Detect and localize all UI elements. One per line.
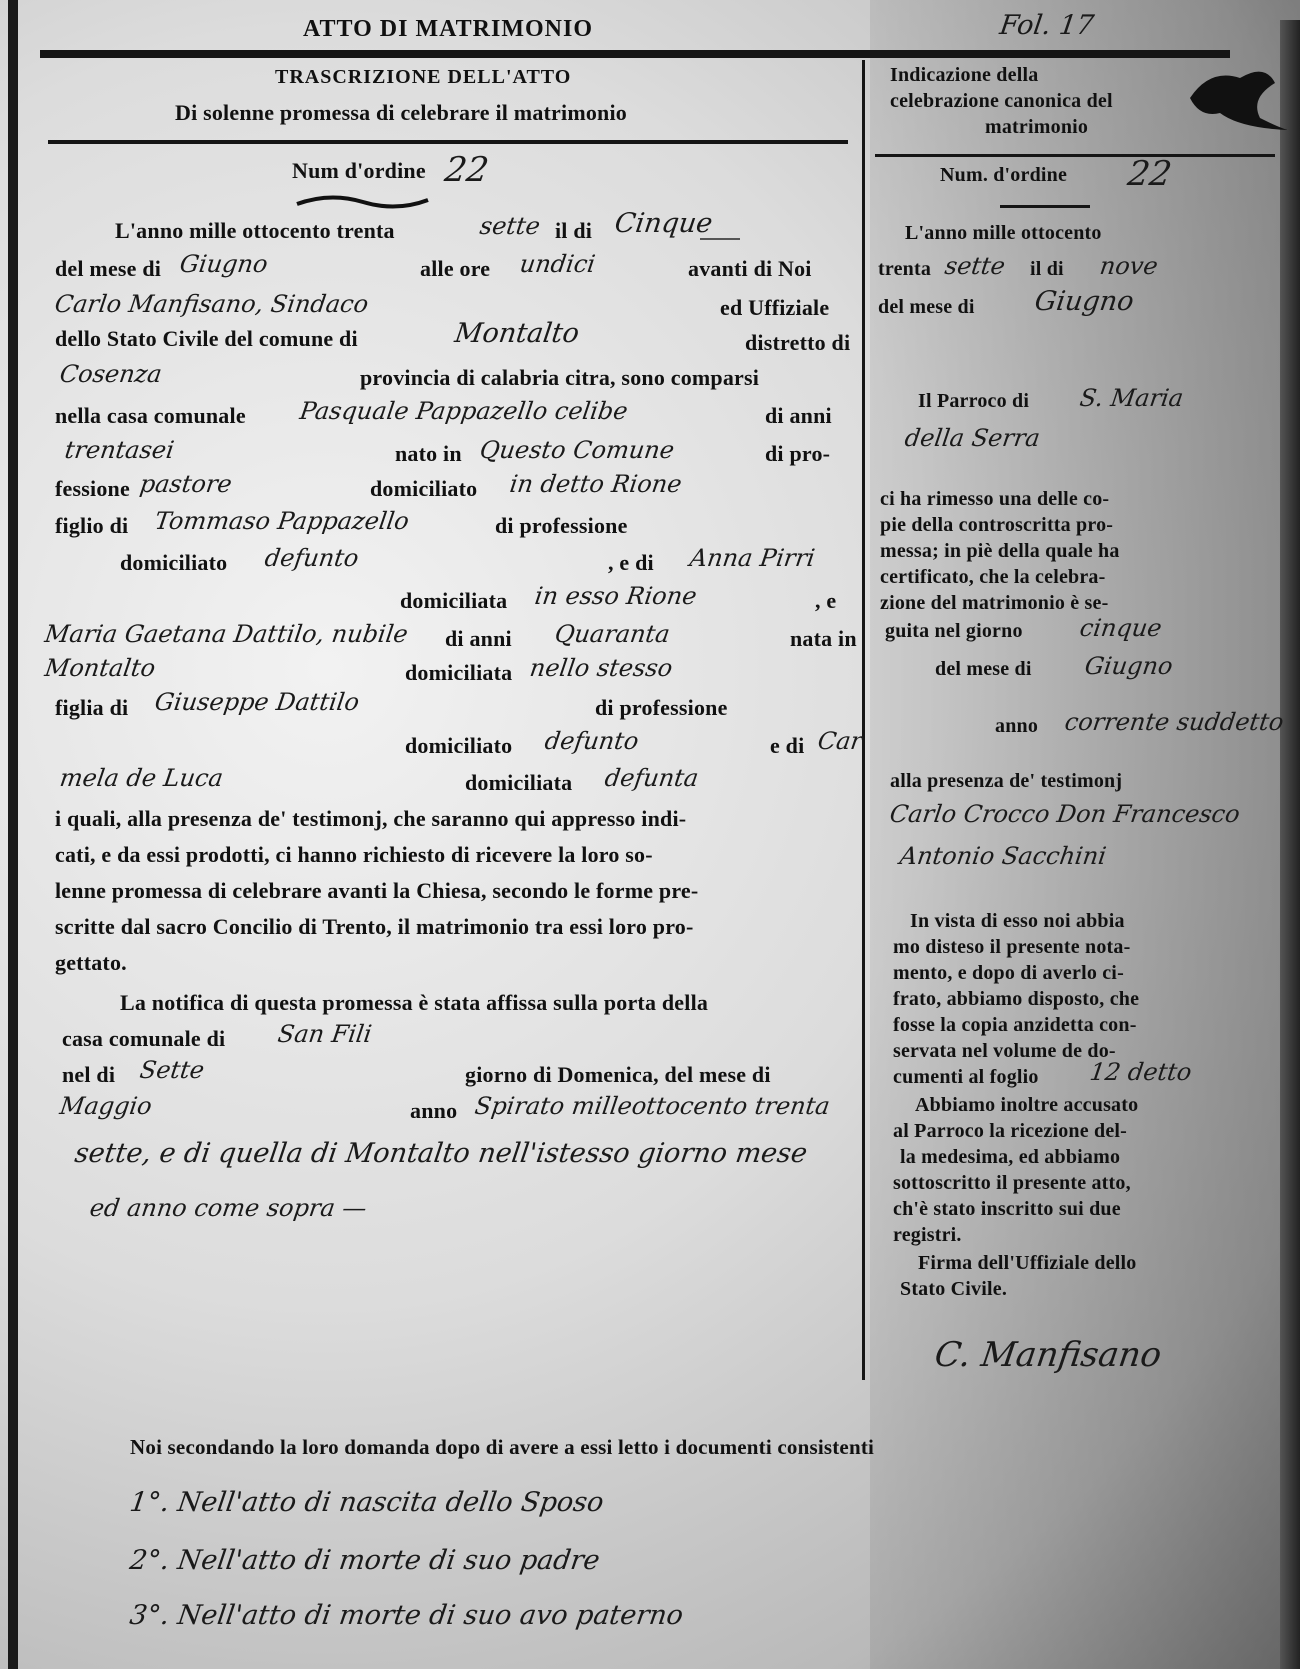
hand-celebration-month: Giugno [1033,286,1136,317]
signature-label: Stato Civile. [900,1278,1007,1301]
hand-hour: undici [518,250,597,278]
folio-label: Fol. 17 [998,10,1096,41]
hand-celebration-day: nove [1098,252,1160,280]
form-line-1: L'anno mille ottocento trenta [115,218,395,244]
document-title: ATTO DI MATRIMONIO [303,16,593,43]
body-line: scritte dal sacro Concilio di Trento, il… [55,914,694,940]
right-section-title: celebrazione canonica del [890,90,1113,113]
fill-dash [700,238,740,240]
section-title: TRASCRIZIONE DELL'ATTO [275,66,571,89]
hand-witness-2: Antonio Sacchini [898,842,1108,870]
hand-rite-month: Giugno [1083,652,1175,680]
hand-bride-father: Giuseppe Dattilo [153,688,361,716]
page-right-edge [1280,20,1300,1669]
hand-groom-profession: pastore [138,470,234,498]
hand-posting-month: Maggio [58,1092,154,1120]
right-order-number: 22 [1125,154,1174,194]
hand-bride-residence: nello stesso [528,654,674,682]
ink-blot [1180,58,1290,133]
hand-groom-birthplace: Questo Comune [478,436,676,464]
page-shadow [870,0,1300,1669]
right-section-rule [875,154,1275,157]
hand-rite-day: cinque [1078,614,1164,642]
order-label: Num d'ordine [292,158,426,184]
hand-rite-year: corrente suddetto [1063,708,1285,736]
body-line: gettato. [55,950,127,976]
notice-line: La notifica di questa promessa è stata a… [120,990,708,1016]
official-signature: C. Manfisano [932,1335,1164,1375]
section-subtitle: Di solenne promessa di celebrare il matr… [175,100,627,126]
hand-bride-father-status: defunto [543,727,640,755]
hand-parish: S. Maria [1078,384,1185,412]
hand-bride-mother-status: defunta [603,764,700,792]
hand-witness-1: Carlo Crocco Don Francesco [888,800,1242,828]
right-section-title: matrimonio [985,116,1088,139]
document-list-item: 1°. Nell'atto di nascita dello Sposo [128,1487,606,1518]
hand-bride-age: Quaranta [553,620,672,648]
order-number: 22 [442,150,491,190]
hand-groom-residence: in detto Rione [508,470,683,498]
page-binding-edge [8,0,18,1669]
ornament-flourish [295,192,430,212]
body-line: lenne promessa di celebrare avanti la Ch… [55,878,698,904]
hand-celebration-year: sette [943,252,1007,280]
hand-comune: Montalto [453,318,581,349]
body-line: cati, e da essi prodotti, ci hanno richi… [55,842,653,868]
hand-day: Cinque [613,208,715,239]
hand-bride-name: Maria Gaetana Dattilo, nubile [43,620,410,648]
hand-bride-mother: mela de Luca [58,764,225,792]
hand-posting-continuation: sette, e di quella di Montalto nell'iste… [73,1138,809,1169]
hand-father-status: defunto [263,544,360,572]
witness-label: alla presenza de' testimonj [890,770,1122,793]
hand-groom-mother: Anna Pirri [688,544,817,572]
document-page: ATTO DI MATRIMONIO Fol. 17 TRASCRIZIONE … [0,0,1300,1669]
hand-posting-end: ed anno come sopra — [88,1194,368,1222]
hand-groom-father: Tommaso Pappazello [153,507,411,535]
column-divider [862,60,865,1380]
section-rule [48,140,848,144]
hand-folio-ref: 12 detto [1088,1058,1193,1086]
hand-bride-mother-start: Car [816,727,864,755]
body-line: i quali, alla presenza de' testimonj, ch… [55,806,686,832]
hand-official-name: Carlo Manfisano, Sindaco [53,290,370,318]
hand-district: Cosenza [58,360,164,388]
hand-posting-year: Spirato milleottocento trenta [473,1092,832,1120]
hand-groom-age: trentasei [63,436,176,464]
hand-groom-name: Pasquale Pappazello celibe [298,397,630,425]
right-section-title: Indicazione della [890,64,1038,87]
document-list-item: 2°. Nell'atto di morte di suo padre [128,1545,602,1576]
document-list-item: 3°. Nell'atto di morte di suo avo patern… [128,1600,685,1631]
hand-posting-day: Sette [138,1056,206,1084]
header-rule [40,50,1230,58]
hand-bride-birthplace: Montalto [43,654,157,682]
hand-parish-cont: della Serra [903,424,1042,452]
hand-mother-residence: in esso Rione [533,582,698,610]
short-rule [1000,205,1090,208]
hand-posting-place: San Fili [276,1020,373,1048]
signature-label: Firma dell'Uffiziale dello [918,1252,1136,1275]
hand-month: Giugno [178,250,270,278]
footer-printed-line: Noi secondando la loro domanda dopo di a… [130,1435,874,1460]
hand-year: sette [478,212,542,240]
right-order-label: Num. d'ordine [940,164,1067,187]
